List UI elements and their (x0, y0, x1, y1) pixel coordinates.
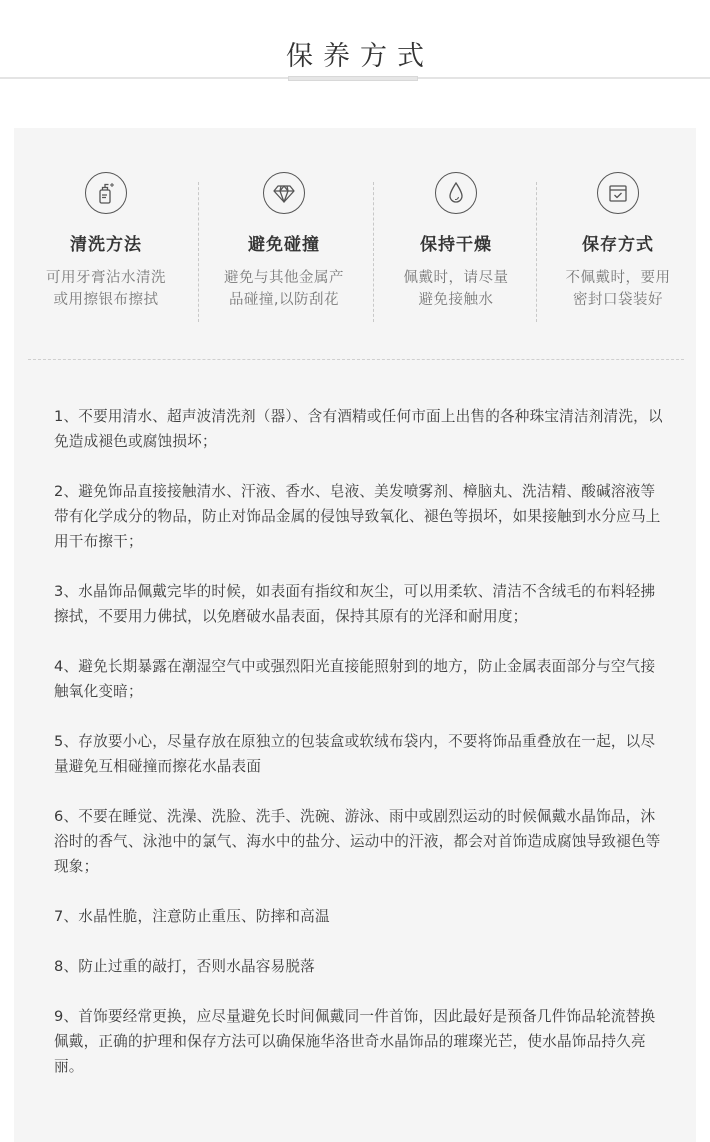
feature-desc: 佩戴时，请尽量 避免接触水 (376, 267, 536, 311)
care-rule-item: 4、避免长期暴露在潮湿空气中或强烈阳光直接能照射到的地方，防止金属表面部分与空气… (54, 654, 664, 704)
feature-desc-line: 不佩戴时，要用 (538, 267, 698, 289)
feature-divider (536, 182, 537, 322)
header-divider-accent (288, 76, 418, 81)
feature-title: 保存方式 (538, 230, 698, 255)
feature-desc: 可用牙膏沾水清洗 或用擦银布擦拭 (26, 267, 186, 311)
feature-keep-dry: 保持干燥 佩戴时，请尽量 避免接触水 (376, 172, 536, 322)
feature-desc-line: 佩戴时，请尽量 (376, 267, 536, 289)
care-rule-item: 8、防止过重的敲打，否则水晶容易脱落 (54, 954, 664, 979)
sealed-box-check-icon (597, 172, 639, 214)
feature-title: 避免碰撞 (204, 230, 364, 255)
care-rule-item: 1、不要用清水、超声波清洗剂（器）、含有酒精或任何市面上出售的各种珠宝清洁剂清洗… (54, 404, 664, 454)
care-rule-item: 6、不要在睡觉、洗澡、洗脸、洗手、洗碗、游泳、雨中或剧烈运动的时候佩戴水晶饰品，… (54, 804, 664, 879)
care-panel: 清洗方法 可用牙膏沾水清洗 或用擦银布擦拭 避免碰撞 避免与其他金属产 品碰撞,… (14, 128, 696, 1142)
care-rule-item: 9、首饰要经常更换，应尽量避免长时间佩戴同一件首饰，因此最好是预备几件饰品轮流替… (54, 1004, 664, 1079)
lotion-bottle-icon (85, 172, 127, 214)
section-header: 保养方式 (0, 0, 710, 128)
feature-desc-line: 可用牙膏沾水清洗 (26, 267, 186, 289)
care-rule-item: 7、水晶性脆，注意防止重压、防摔和高温 (54, 904, 664, 929)
feature-desc: 不佩戴时，要用 密封口袋装好 (538, 267, 698, 311)
feature-row: 清洗方法 可用牙膏沾水清洗 或用擦银布擦拭 避免碰撞 避免与其他金属产 品碰撞,… (14, 172, 696, 322)
feature-desc-line: 品碰撞,以防刮花 (204, 289, 364, 311)
page-title: 保养方式 (0, 34, 710, 73)
feature-cleaning: 清洗方法 可用牙膏沾水清洗 或用擦银布擦拭 (26, 172, 186, 322)
feature-desc-line: 避免接触水 (376, 289, 536, 311)
feature-desc-line: 密封口袋装好 (538, 289, 698, 311)
care-rule-item: 5、存放要小心，尽量存放在原独立的包装盒或软绒布袋内，不要将饰品重叠放在一起，以… (54, 729, 664, 779)
feature-title: 保持干燥 (376, 230, 536, 255)
section-divider (28, 359, 684, 360)
feature-avoid-collision: 避免碰撞 避免与其他金属产 品碰撞,以防刮花 (204, 172, 364, 322)
care-rules-list: 1、不要用清水、超声波清洗剂（器）、含有酒精或任何市面上出售的各种珠宝清洁剂清洗… (54, 404, 664, 1104)
feature-desc: 避免与其他金属产 品碰撞,以防刮花 (204, 267, 364, 311)
diamond-icon (263, 172, 305, 214)
feature-desc-line: 或用擦银布擦拭 (26, 289, 186, 311)
care-rule-item: 3、水晶饰品佩戴完毕的时候，如表面有指纹和灰尘，可以用柔软、清洁不含绒毛的布料轻… (54, 579, 664, 629)
feature-storage: 保存方式 不佩戴时，要用 密封口袋装好 (538, 172, 698, 322)
care-rule-item: 2、避免饰品直接接触清水、汗液、香水、皂液、美发喷雾剂、樟脑丸、洗洁精、酸碱溶液… (54, 479, 664, 554)
feature-desc-line: 避免与其他金属产 (204, 267, 364, 289)
feature-divider (198, 182, 199, 322)
feature-divider (373, 182, 374, 322)
feature-title: 清洗方法 (26, 230, 186, 255)
water-drop-icon (435, 172, 477, 214)
